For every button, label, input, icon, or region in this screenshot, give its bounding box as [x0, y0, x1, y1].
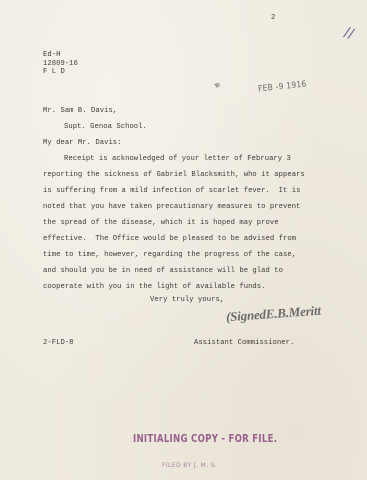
page-number: 2	[271, 14, 275, 22]
body-line: cooperate with you in the light of avail…	[43, 283, 266, 291]
salutation: My dear Mr. Davis:	[43, 139, 122, 147]
signer-title: Assistant Commissioner.	[194, 339, 294, 347]
recipient-name: Mr. Sam B. Davis,	[43, 107, 117, 115]
body-line: and should you be in need of assistance …	[43, 267, 283, 275]
initialing-copy-stamp: INITIALING COPY - FOR FILE.	[133, 433, 277, 445]
reference-line-1: Ed-H	[43, 51, 60, 59]
body-line: effective. The Office would be pleased t…	[43, 235, 296, 243]
body-line: reporting the sickness of Gabriel Blacks…	[43, 171, 305, 179]
reference-line-3: F L D	[43, 68, 65, 76]
file-code: 2-FLD-8	[43, 339, 74, 347]
recipient-title: Supt. Genoa School.	[64, 123, 147, 131]
reference-block: Ed-H 12809-16 F L D	[43, 51, 78, 77]
closing: Very truly yours,	[150, 296, 224, 304]
body-line: time to time, however, regarding the pro…	[43, 251, 296, 259]
body-line: the spread of the disease, which it is h…	[43, 219, 279, 227]
body-line: noted that you have taken precautionary …	[43, 203, 300, 211]
filed-by-stamp: FILED BY J. M. S.	[162, 462, 217, 469]
body-line: Receipt is acknowledged of your letter o…	[64, 155, 291, 163]
reference-line-2: 12809-16	[43, 60, 78, 68]
body-line: is suffering from a mild infection of sc…	[43, 187, 300, 195]
